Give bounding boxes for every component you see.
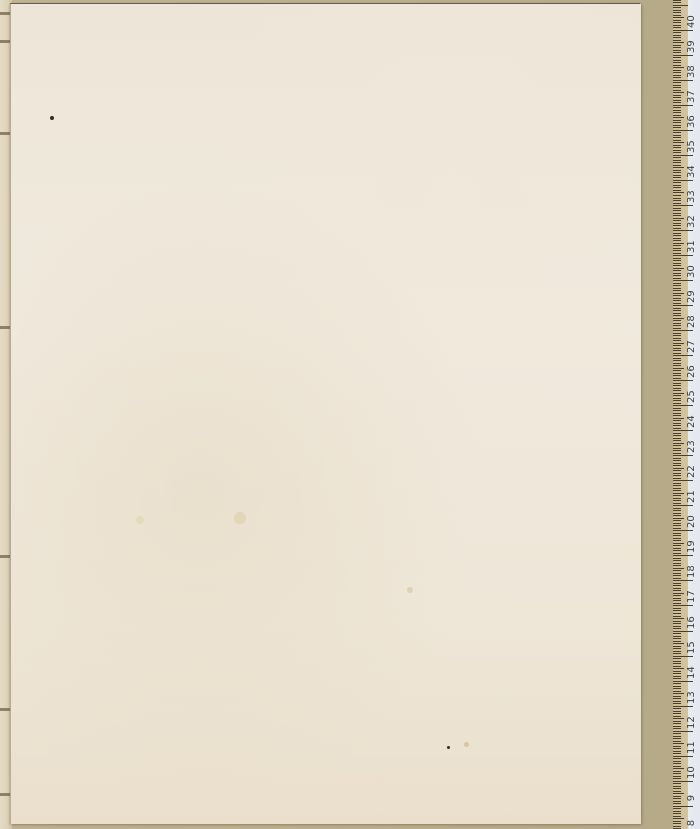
- ruler-minor-tick: [673, 283, 681, 284]
- ruler-label: 34: [686, 166, 700, 178]
- ruler-minor-tick: [673, 618, 684, 619]
- ruler-minor-tick: [673, 270, 681, 271]
- ruler-label-line: [687, 806, 693, 807]
- ruler-minor-tick: [673, 140, 681, 141]
- ruler-minor-tick: [673, 52, 681, 53]
- ruler-minor-tick: [673, 313, 681, 314]
- ruler-minor-tick: [673, 590, 681, 591]
- ruler-minor-tick: [673, 117, 684, 118]
- ruler-minor-tick: [673, 233, 681, 234]
- ruler-minor-tick: [673, 77, 681, 78]
- ruler-label: 31: [686, 241, 700, 253]
- ruler-minor-tick: [673, 478, 681, 479]
- ruler-minor-tick: [673, 535, 681, 536]
- ruler-label: 29: [686, 291, 700, 303]
- ruler-minor-tick: [673, 177, 681, 178]
- ruler-minor-tick: [673, 776, 681, 777]
- ruler-minor-tick: [673, 25, 681, 26]
- ruler-major-tick: [673, 580, 688, 581]
- ruler-minor-tick: [673, 35, 681, 36]
- ruler-minor-tick: [673, 295, 681, 296]
- ruler-minor-tick: [673, 585, 681, 586]
- ruler-label-line: [687, 580, 693, 581]
- ruler-minor-tick: [673, 628, 681, 629]
- ruler-minor-tick: [673, 145, 681, 146]
- ruler-minor-tick: [673, 75, 681, 76]
- ruler-minor-tick: [673, 192, 684, 193]
- ruler-minor-tick: [673, 433, 681, 434]
- ruler-minor-tick: [673, 603, 681, 604]
- ruler-major-tick: [673, 330, 688, 331]
- ruler-minor-tick: [673, 285, 681, 286]
- ruler-minor-tick: [673, 210, 681, 211]
- ruler-minor-tick: [673, 115, 681, 116]
- ruler-minor-tick: [673, 448, 681, 449]
- ruler-minor-tick: [673, 125, 681, 126]
- ruler-minor-tick: [673, 508, 681, 509]
- ruler-minor-tick: [673, 495, 681, 496]
- ruler-minor-tick: [673, 190, 681, 191]
- ruler-label-line: [687, 656, 693, 657]
- ruler-minor-tick: [673, 95, 681, 96]
- ruler-minor-tick: [673, 260, 681, 261]
- ruler-minor-tick: [673, 641, 681, 642]
- ruler-minor-tick: [673, 613, 681, 614]
- ruler-minor-tick: [673, 100, 681, 101]
- ruler-minor-tick: [673, 410, 681, 411]
- ruler-minor-tick: [673, 763, 681, 764]
- ruler-minor-tick: [673, 315, 681, 316]
- ruler-major-tick: [673, 280, 688, 281]
- ruler-minor-tick: [673, 741, 681, 742]
- ruler-label: 15: [686, 642, 700, 654]
- ruler-minor-tick: [673, 475, 681, 476]
- ruler-minor-tick: [673, 318, 684, 319]
- ruler-minor-tick: [673, 663, 681, 664]
- ruler-minor-tick: [673, 47, 681, 48]
- ruler-minor-tick: [673, 15, 681, 16]
- ruler-minor-tick: [673, 268, 684, 269]
- ruler-minor-tick: [673, 42, 684, 43]
- ruler-minor-tick: [673, 438, 681, 439]
- ruler-minor-tick: [673, 278, 681, 279]
- ruler-major-tick: [673, 380, 688, 381]
- ruler-major-tick: [673, 30, 688, 31]
- ruler-minor-tick: [673, 698, 681, 699]
- ruler-minor-tick: [673, 558, 681, 559]
- ruler-minor-tick: [673, 343, 684, 344]
- ruler-minor-tick: [673, 135, 681, 136]
- ruler-minor-tick: [673, 10, 681, 11]
- ruler-minor-tick: [673, 373, 681, 374]
- ruler-minor-tick: [673, 258, 681, 259]
- ruler-minor-tick: [673, 673, 681, 674]
- ruler-label: 14: [686, 667, 700, 679]
- ruler-minor-tick: [673, 400, 681, 401]
- ruler-label: 17: [686, 591, 700, 603]
- ruler-minor-tick: [673, 60, 681, 61]
- ruler-minor-tick: [673, 245, 681, 246]
- ruler-label: 28: [686, 316, 700, 328]
- ruler-label-line: [687, 230, 693, 231]
- ruler-minor-tick: [673, 358, 681, 359]
- ruler-minor-tick: [673, 593, 684, 594]
- ruler-minor-tick: [673, 688, 681, 689]
- ruler-minor-tick: [673, 736, 681, 737]
- ruler-minor-tick: [673, 636, 681, 637]
- ruler-minor-tick: [673, 20, 681, 21]
- ruler-minor-tick: [673, 821, 681, 822]
- ruler-minor-tick: [673, 676, 681, 677]
- ruler-minor-tick: [673, 37, 681, 38]
- ruler-minor-tick: [673, 112, 681, 113]
- ruler-label-line: [687, 530, 693, 531]
- ruler-minor-tick: [673, 248, 681, 249]
- ruler-label: 13: [686, 692, 700, 704]
- ruler-label-line: [687, 430, 693, 431]
- ruler-minor-tick: [673, 823, 681, 824]
- ruler-minor-tick: [673, 298, 681, 299]
- ruler-minor-tick: [673, 132, 681, 133]
- ruler-minor-tick: [673, 423, 681, 424]
- ruler-label-line: [687, 555, 693, 556]
- ruler-minor-tick: [673, 22, 681, 23]
- ruler-minor-tick: [673, 651, 681, 652]
- ruler-minor-tick: [673, 653, 681, 654]
- ruler-label: 22: [686, 466, 700, 478]
- ruler-minor-tick: [673, 443, 684, 444]
- ruler-minor-tick: [673, 686, 681, 687]
- ruler-minor-tick: [673, 811, 681, 812]
- ruler-minor-tick: [673, 170, 681, 171]
- ruler-minor-tick: [673, 490, 681, 491]
- ruler-minor-tick: [673, 420, 681, 421]
- ruler-minor-tick: [673, 263, 681, 264]
- ruler-minor-tick: [673, 165, 681, 166]
- ruler-minor-tick: [673, 568, 684, 569]
- ruler-minor-tick: [673, 273, 681, 274]
- ruler-minor-tick: [673, 683, 681, 684]
- ruler-minor-tick: [673, 408, 681, 409]
- ruler-minor-tick: [673, 671, 681, 672]
- ruler-minor-tick: [673, 623, 681, 624]
- ruler-minor-tick: [673, 218, 684, 219]
- ruler-minor-tick: [673, 766, 681, 767]
- ruler-minor-tick: [673, 435, 681, 436]
- ruler-minor-tick: [673, 801, 681, 802]
- ruler-minor-tick: [673, 610, 681, 611]
- ruler-minor-tick: [673, 348, 681, 349]
- ruler-minor-tick: [673, 17, 684, 18]
- ruler-minor-tick: [673, 473, 681, 474]
- ruler-minor-tick: [673, 102, 681, 103]
- ruler-minor-tick: [673, 208, 681, 209]
- ruler-minor-tick: [673, 726, 681, 727]
- ruler-minor-tick: [673, 723, 681, 724]
- ruler-minor-tick: [673, 743, 684, 744]
- ruler-minor-tick: [673, 288, 681, 289]
- blank-page: [10, 4, 641, 824]
- ruler-minor-tick: [673, 320, 681, 321]
- ruler-minor-tick: [673, 57, 681, 58]
- ruler-label-line: [687, 180, 693, 181]
- ruler-minor-tick: [673, 62, 681, 63]
- ruler-minor-tick: [673, 345, 681, 346]
- ruler-minor-tick: [673, 303, 681, 304]
- ruler-minor-tick: [673, 553, 681, 554]
- ruler-minor-tick: [673, 172, 681, 173]
- ruler-minor-tick: [673, 182, 681, 183]
- ruler-minor-tick: [673, 198, 681, 199]
- ruler-minor-tick: [673, 413, 681, 414]
- ruler-minor-tick: [673, 383, 681, 384]
- ruler-minor-tick: [673, 147, 681, 148]
- ruler-major-tick: [673, 55, 688, 56]
- ruler-label: 38: [686, 66, 700, 78]
- ruler-minor-tick: [673, 175, 681, 176]
- ruler-minor-tick: [673, 235, 681, 236]
- ruler-minor-tick: [673, 365, 681, 366]
- ruler-minor-tick: [673, 203, 681, 204]
- ruler-label-line: [687, 455, 693, 456]
- ruler-major-tick: [673, 781, 688, 782]
- ruler-minor-tick: [673, 107, 681, 108]
- ruler-minor-tick: [673, 445, 681, 446]
- ruler-minor-tick: [673, 778, 681, 779]
- ruler-minor-tick: [673, 293, 684, 294]
- ruler-minor-tick: [673, 771, 681, 772]
- ruler-minor-tick: [673, 468, 684, 469]
- ruler-major-tick: [673, 480, 688, 481]
- ruler-minor-tick: [673, 816, 681, 817]
- ruler-minor-tick: [673, 616, 681, 617]
- ruler-minor-tick: [673, 646, 681, 647]
- ruler-minor-tick: [673, 560, 681, 561]
- ruler-minor-tick: [673, 215, 681, 216]
- ruler-minor-tick: [673, 290, 681, 291]
- ruler-minor-tick: [673, 167, 684, 168]
- ruler-minor-tick: [673, 453, 681, 454]
- ruler-minor-tick: [673, 701, 681, 702]
- ruler-minor-tick: [673, 798, 681, 799]
- ruler-minor-tick: [673, 395, 681, 396]
- ruler-minor-tick: [673, 483, 681, 484]
- ruler-major-tick: [673, 255, 688, 256]
- ruler-minor-tick: [673, 493, 684, 494]
- paper-spot: [136, 516, 144, 524]
- ruler-label: 10: [686, 767, 700, 779]
- ruler-label-line: [687, 155, 693, 156]
- ruler-minor-tick: [673, 503, 681, 504]
- ruler-label: 26: [686, 366, 700, 378]
- ruler-label: 12: [686, 717, 700, 729]
- ruler-label: 25: [686, 391, 700, 403]
- ruler-minor-tick: [673, 498, 681, 499]
- ruler-major-tick: [673, 305, 688, 306]
- ruler-major-tick: [673, 455, 688, 456]
- ruler-minor-tick: [673, 142, 684, 143]
- ruler-minor-tick: [673, 378, 681, 379]
- ruler-label: 37: [686, 91, 700, 103]
- ruler-minor-tick: [673, 721, 681, 722]
- ruler-minor-tick: [673, 518, 684, 519]
- ruler-label: 33: [686, 191, 700, 203]
- ruler-minor-tick: [673, 363, 681, 364]
- ruler-minor-tick: [673, 390, 681, 391]
- ruler-label: 11: [686, 742, 700, 754]
- ruler-minor-tick: [673, 658, 681, 659]
- ruler-minor-tick: [673, 465, 681, 466]
- ruler-minor-tick: [673, 425, 681, 426]
- ruler-minor-tick: [673, 463, 681, 464]
- ruler-minor-tick: [673, 460, 681, 461]
- ruler-label: 16: [686, 617, 700, 629]
- ruler-minor-tick: [673, 691, 681, 692]
- ruler-label-line: [687, 355, 693, 356]
- ruler-major-tick: [673, 706, 688, 707]
- ruler-minor-tick: [673, 65, 681, 66]
- ruler-minor-tick: [673, 696, 681, 697]
- paper-spot: [464, 742, 469, 747]
- ruler-minor-tick: [673, 338, 681, 339]
- ruler-label-line: [687, 280, 693, 281]
- ruler-label-line: [687, 305, 693, 306]
- ruler-minor-tick: [673, 500, 681, 501]
- ruler-minor-tick: [673, 523, 681, 524]
- ruler-minor-tick: [673, 308, 681, 309]
- ruler-minor-tick: [673, 661, 681, 662]
- ruler-minor-tick: [673, 225, 681, 226]
- ruler-minor-tick: [673, 783, 681, 784]
- ruler-minor-tick: [673, 243, 684, 244]
- ruler-minor-tick: [673, 50, 681, 51]
- ruler-minor-tick: [673, 728, 681, 729]
- ruler-minor-tick: [673, 826, 681, 827]
- ruler-minor-tick: [673, 538, 681, 539]
- ruler-label: 35: [686, 141, 700, 153]
- ruler-minor-tick: [673, 415, 681, 416]
- ruler-minor-tick: [673, 403, 681, 404]
- ruler-major-tick: [673, 355, 688, 356]
- ruler-minor-tick: [673, 160, 681, 161]
- ruler-minor-tick: [673, 648, 681, 649]
- ruler-minor-tick: [673, 223, 681, 224]
- ruler-minor-tick: [673, 533, 681, 534]
- ruler-minor-tick: [673, 368, 684, 369]
- ruler-minor-tick: [673, 340, 681, 341]
- ruler-minor-tick: [673, 638, 681, 639]
- ruler-minor-tick: [673, 543, 684, 544]
- ruler-label: 39: [686, 41, 700, 53]
- ruler-minor-tick: [673, 0, 681, 1]
- ruler-minor-tick: [673, 600, 681, 601]
- ruler-label-line: [687, 681, 693, 682]
- ruler-minor-tick: [673, 67, 684, 68]
- ruler-minor-tick: [673, 328, 681, 329]
- ruler-major-tick: [673, 80, 688, 81]
- ruler-major-tick: [673, 530, 688, 531]
- ruler-minor-tick: [673, 525, 681, 526]
- ruler-minor-tick: [673, 608, 681, 609]
- ruler-minor-tick: [673, 520, 681, 521]
- ruler-minor-tick: [673, 595, 681, 596]
- ruler-minor-tick: [673, 550, 681, 551]
- ruler-minor-tick: [673, 253, 681, 254]
- ruler-minor-tick: [673, 333, 681, 334]
- ruler-minor-tick: [673, 45, 681, 46]
- ruler-minor-tick: [673, 120, 681, 121]
- ruler-major-tick: [673, 806, 688, 807]
- ruler-label-line: [687, 756, 693, 757]
- ruler-minor-tick: [673, 40, 681, 41]
- ruler-minor-tick: [673, 563, 681, 564]
- ruler-minor-tick: [673, 548, 681, 549]
- ruler-minor-tick: [673, 633, 681, 634]
- ruler-label: 27: [686, 341, 700, 353]
- ruler-label-line: [687, 631, 693, 632]
- ruler-minor-tick: [673, 570, 681, 571]
- ruler-minor-tick: [673, 85, 681, 86]
- ruler-major-tick: [673, 605, 688, 606]
- ruler-minor-tick: [673, 808, 681, 809]
- ruler-minor-tick: [673, 185, 681, 186]
- ruler-minor-tick: [673, 713, 681, 714]
- ruler-minor-tick: [673, 440, 681, 441]
- ruler-minor-tick: [673, 458, 681, 459]
- ruler-minor-tick: [673, 588, 681, 589]
- ruler-minor-tick: [673, 746, 681, 747]
- ruler-label-line: [687, 105, 693, 106]
- ruler-minor-tick: [673, 583, 681, 584]
- ruler-label-line: [687, 130, 693, 131]
- ruler-minor-tick: [673, 335, 681, 336]
- ruler-minor-tick: [673, 643, 684, 644]
- ruler-minor-tick: [673, 70, 681, 71]
- ruler-major-tick: [673, 756, 688, 757]
- ruler-major-tick: [673, 631, 688, 632]
- ruler-minor-tick: [673, 758, 681, 759]
- paper-spot: [50, 116, 54, 120]
- ruler-minor-tick: [673, 350, 681, 351]
- ruler-major-tick: [673, 681, 688, 682]
- ruler-minor-tick: [673, 360, 681, 361]
- ruler-major-tick: [673, 656, 688, 657]
- ruler-minor-tick: [673, 565, 681, 566]
- ruler-label-line: [687, 480, 693, 481]
- ruler-label: 30: [686, 266, 700, 278]
- ruler-minor-tick: [673, 157, 681, 158]
- ruler-label-line: [687, 605, 693, 606]
- ruler-minor-tick: [673, 738, 681, 739]
- ruler-label-line: [687, 380, 693, 381]
- ruler-major-tick: [673, 130, 688, 131]
- ruler-minor-tick: [673, 668, 684, 669]
- ruler-minor-tick: [673, 240, 681, 241]
- ruler-minor-tick: [673, 122, 681, 123]
- ruler-minor-tick: [673, 310, 681, 311]
- ruler-minor-tick: [673, 200, 681, 201]
- ruler-minor-tick: [673, 626, 681, 627]
- ruler-minor-tick: [673, 773, 681, 774]
- ruler-minor-tick: [673, 275, 681, 276]
- ruler-minor-tick: [673, 540, 681, 541]
- ruler-minor-tick: [673, 72, 681, 73]
- ruler-minor-tick: [673, 187, 681, 188]
- ruler-label-line: [687, 781, 693, 782]
- ruler-minor-tick: [673, 195, 681, 196]
- ruler-major-tick: [673, 5, 688, 6]
- ruler-label: 9: [686, 792, 700, 804]
